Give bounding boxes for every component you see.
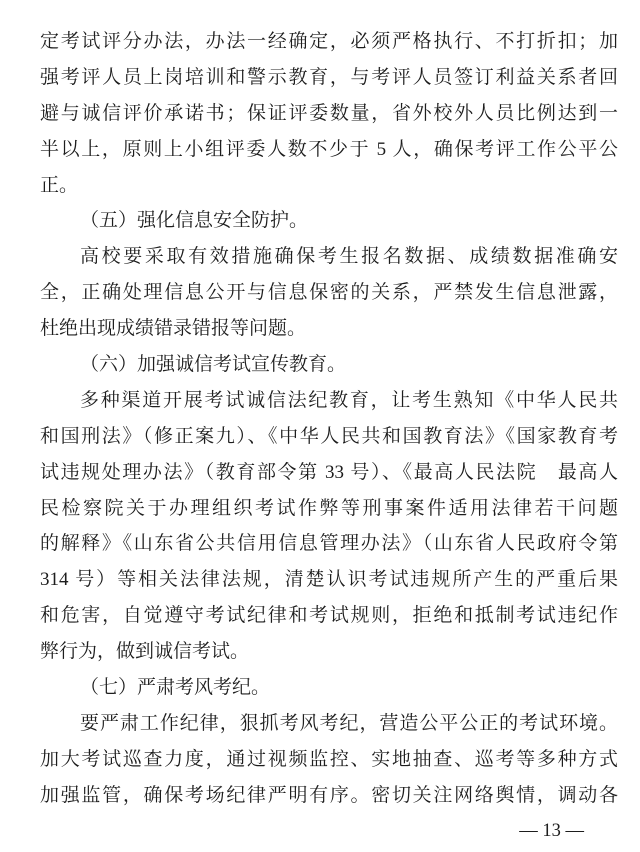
text-line: 弊行为，做到诚信考试。 xyxy=(40,634,618,670)
text-line: 强考评人员上岗培训和警示教育，与考评人员签订利益关系者回 xyxy=(40,60,618,96)
document-body: 定考试评分办法，办法一经确定，必须严格执行、不打折扣；加强考评人员上岗培训和警示… xyxy=(40,24,618,814)
section-heading: （六）加强诚信考试宣传教育。 xyxy=(40,347,618,383)
text-line: 314 号）等相关法律法规，清楚认识考试违规所产生的严重后果 xyxy=(40,562,618,598)
text-line: 和国刑法》（修正案九）、《中华人民共和国教育法》《国家教育考 xyxy=(40,419,618,455)
text-line: 多种渠道开展考试诚信法纪教育，让考生熟知《中华人民共 xyxy=(40,383,618,419)
text-line: 加大考试巡查力度，通过视频监控、实地抽查、巡考等多种方式 xyxy=(40,742,618,778)
section-heading: （五）强化信息安全防护。 xyxy=(40,203,618,239)
text-line: 民检察院关于办理组织考试作弊等刑事案件适用法律若干问题 xyxy=(40,491,618,527)
text-line: 定考试评分办法，办法一经确定，必须严格执行、不打折扣；加 xyxy=(40,24,618,60)
section-heading: （七）严肃考风考纪。 xyxy=(40,670,618,706)
text-line: 加强监管，确保考场纪律严明有序。密切关注网络舆情，调动各 xyxy=(40,778,618,814)
text-line: 试违规处理办法》（教育部令第 33 号）、《最高人民法院 最高人 xyxy=(40,455,618,491)
text-line: 避与诚信评价承诺书；保证评委数量，省外校外人员比例达到一 xyxy=(40,96,618,132)
text-line: 和危害，自觉遵守考试纪律和考试规则，拒绝和抵制考试违纪作 xyxy=(40,598,618,634)
page-number: — 13 — xyxy=(519,820,584,842)
text-line: 要严肃工作纪律，狠抓考风考纪，营造公平公正的考试环境。 xyxy=(40,706,618,742)
text-line: 全，正确处理信息公开与信息保密的关系，严禁发生信息泄露， xyxy=(40,275,618,311)
text-line: 正。 xyxy=(40,168,618,204)
text-line: 高校要采取有效措施确保考生报名数据、成绩数据准确安 xyxy=(40,239,618,275)
document-page: 定考试评分办法，办法一经确定，必须严格执行、不打折扣；加强考评人员上岗培训和警示… xyxy=(0,0,640,852)
text-line: 的解释》《山东省公共信用信息管理办法》（山东省人民政府令第 xyxy=(40,526,618,562)
text-line: 半以上，原则上小组评委人数不少于 5 人，确保考评工作公平公 xyxy=(40,132,618,168)
text-line: 杜绝出现成绩错录错报等问题。 xyxy=(40,311,618,347)
